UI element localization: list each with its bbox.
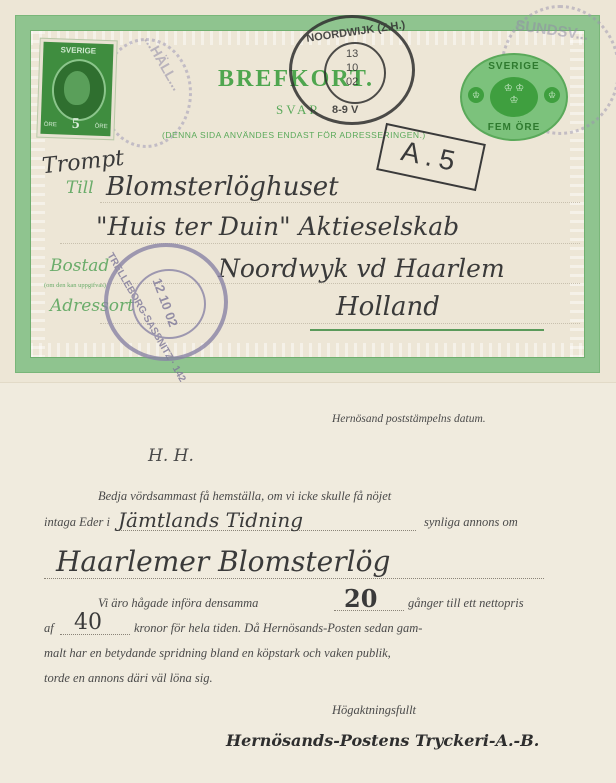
postmark-trelleborg: TRELLEBORG-SASSNITZ · 142 A · 12 10 02 [104,243,228,361]
postmark-noordwijk: NOORDWIJK (Z.H.) 13 10 02 8-9 V [289,15,415,125]
three-crowns-emblem: ♔ ♔♔ [490,77,538,117]
three-crowns-icon: ♔ ♔♔ [490,83,538,107]
handwritten-times: 20 [344,584,377,613]
address-line-2 [60,243,580,244]
postmark-noordwijk-inner-ring: 13 10 02 [324,42,386,104]
signature: Hernösands-Postens Tryckeri-A.-B. [226,731,539,750]
para2-line2-prefix: af [44,621,54,636]
para2-line4: torde en annons däri väl löna sig. [44,671,213,686]
para2-line1-suffix: gånger till ett nettopris [408,596,524,611]
postmark-month: 10 [346,62,358,74]
printed-indicium: SVERIGE ♔ ♔ ♔ ♔♔ FEM ÖRE [460,53,568,141]
stamp-portrait-icon [63,71,90,106]
stamp-country: SVERIGE [43,45,113,56]
date-header: Hernösand poststämpelns datum. [332,413,486,425]
postcard-front: ...HÄLL... SUNDSV... SVERIGE ÖRE 5 ÖRE B… [0,0,616,382]
para2-line1-prefix: Vi äro hågade införa densamma [98,596,258,611]
postmark-time: 8-9 V [332,104,358,116]
handwritten-newspaper: Jämtlands Tidning [118,508,303,532]
handwritten-addressee: Blomsterlöghuset [106,172,339,202]
address-underline [310,329,544,331]
para1-line1: Bedja vördsammast få hemställa, om vi ic… [98,489,391,504]
crown-icon: ♔ [544,87,560,103]
para1-line2-suffix: synliga annons om [424,515,518,530]
postmark-noordwijk-ring-text: NOORDWIJK (Z.H.) [306,19,406,45]
advertiser-fill-line [44,578,544,579]
salutation: H. H. [148,446,194,466]
indicium-country: SVERIGE [462,61,566,72]
postmark-trelleborg-date: 12 10 02 [150,276,181,329]
postcard-back [0,382,616,783]
handwritten-town: Noordwyk vd Haarlem [218,254,505,283]
handwritten-company: "Huis ter Duin" Aktieselskab [96,212,459,241]
label-bostad-note: (om den kan uppgifvas) [44,282,106,289]
closing: Högaktningsfullt [332,703,416,718]
postmark-year: 02 [346,76,358,88]
crown-icon: ♔ [468,87,484,103]
para1-line2-prefix: intaga Eder i [44,515,110,530]
label-bostad: Bostad [50,256,109,276]
stamp-unit-right: ÖRE [95,124,108,130]
postcard-scan: ...HÄLL... SUNDSV... SVERIGE ÖRE 5 ÖRE B… [0,0,616,783]
handwritten-price: 40 [74,610,102,635]
postage-stamp: SVERIGE ÖRE 5 ÖRE [40,42,113,136]
postmark-day: 13 [346,48,358,60]
handwritten-country: Holland [336,292,440,322]
postmark-trelleborg-inner-ring: 12 10 02 [132,269,206,339]
faint-postmark-right-text: SUNDSV... [514,17,589,44]
label-till: Till [66,178,94,198]
para2-line3: malt har en betydande spridning bland en… [44,646,391,661]
handwritten-advertiser: Haarlemer Blomsterlög [56,545,390,578]
para2-line2-suffix: kronor för hela tiden. Då Hernösands-Pos… [134,621,422,636]
address-line-1 [100,202,580,203]
indicium-value: FEM ÖRE [462,122,566,133]
